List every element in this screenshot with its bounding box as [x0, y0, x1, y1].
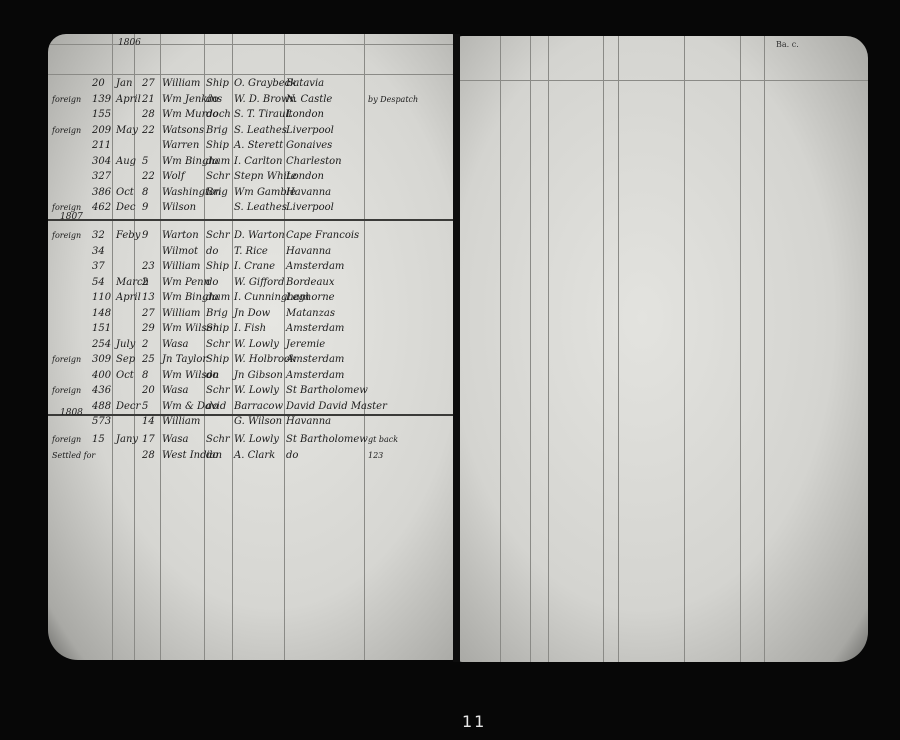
ledger-master: W. Gifford [234, 277, 284, 289]
rule [740, 36, 741, 662]
ledger-num: 139 [92, 94, 111, 106]
ledger-note: foreign [52, 354, 81, 366]
ledger-vessel: William [162, 261, 200, 273]
ledger-rig: Ship [206, 140, 229, 152]
ledger-rig: do [206, 109, 218, 121]
ledger-num: 304 [92, 156, 111, 168]
ledger-rig: Schr [206, 230, 230, 242]
ledger-destination: Charleston [286, 156, 342, 168]
ledger-destination: Amsterdam [286, 370, 344, 382]
ledger-num: 211 [92, 140, 111, 152]
ledger-num: 488 [92, 401, 111, 413]
ledger-month: April [116, 292, 141, 304]
ledger-remark: gt back [368, 434, 398, 446]
microfilm-frame: 180620Jan27WilliamShipO. GraybeckBatavia… [0, 0, 900, 740]
ledger-master: A. Sterett [234, 140, 283, 152]
left-ledger-page: 180620Jan27WilliamShipO. GraybeckBatavia… [48, 34, 456, 660]
ledger-num: 209 [92, 125, 111, 137]
ledger-num: 400 [92, 370, 111, 382]
year-heading: 1806 [118, 38, 141, 48]
ledger-vessel: Warton [162, 230, 199, 242]
ledger-rig: Ship [206, 354, 229, 366]
ledger-day: 28 [142, 450, 155, 462]
ledger-remark: by Despatch [368, 94, 418, 106]
rule [48, 74, 456, 75]
ledger-vessel: Wilson [162, 202, 196, 214]
ledger-destination: St Bartholomew [286, 434, 368, 446]
ledger-rig: do [206, 401, 218, 413]
ledger-rig: do [206, 246, 218, 258]
ledger-master: Jn Gibson [234, 370, 283, 382]
ledger-master: G. Wilson [234, 416, 282, 428]
page-number: 11 [462, 712, 486, 731]
ledger-num: 386 [92, 187, 111, 199]
ledger-day: 13 [142, 292, 155, 304]
ledger-num: 309 [92, 354, 111, 366]
ledger-day: 22 [142, 171, 155, 183]
ledger-num: 37 [92, 261, 105, 273]
ledger-day: 27 [142, 78, 155, 90]
ledger-vessel: Wolf [162, 171, 185, 183]
ledger-remark: 123 [368, 450, 383, 462]
ledger-rig: Brig [206, 308, 228, 320]
ledger-master: T. Rice [234, 246, 268, 258]
rule [548, 36, 549, 662]
book-gutter [453, 34, 460, 662]
ledger-num: 20 [92, 78, 105, 90]
ledger-note: foreign [52, 434, 81, 446]
ledger-rig: do [206, 450, 218, 462]
ledger-master: S. T. Tirault [234, 109, 293, 121]
ledger-note: foreign [52, 230, 81, 242]
ledger-day: 9 [142, 202, 148, 214]
ledger-day: 8 [142, 370, 148, 382]
ledger-month: Oct [116, 370, 134, 382]
ledger-master: W. Lowly [234, 434, 279, 446]
ledger-destination: Cape Francois [286, 230, 359, 242]
ledger-day: 9 [142, 230, 148, 242]
ledger-num: 436 [92, 385, 111, 397]
ledger-destination: Liverpool [286, 125, 334, 137]
ledger-rig: Schr [206, 171, 230, 183]
ledger-master: Barracow [234, 401, 283, 413]
ledger-destination: N. Castle [286, 94, 332, 106]
ledger-day: 22 [142, 125, 155, 137]
ledger-destination: Leghorne [286, 292, 335, 304]
ledger-destination: Jeremie [286, 339, 325, 351]
ledger-vessel: William [162, 416, 200, 428]
ledger-month: Decr [116, 401, 140, 413]
ledger-vessel: Wm Murdoch [162, 109, 231, 121]
ledger-day: 29 [142, 323, 155, 335]
ledger-day: 27 [142, 308, 155, 320]
ledger-rig: Schr [206, 434, 230, 446]
ledger-day: 14 [142, 416, 155, 428]
ledger-day: 21 [142, 94, 155, 106]
ledger-day: 23 [142, 261, 155, 273]
ledger-destination: Liverpool [286, 202, 334, 214]
ledger-destination: Gonaives [286, 140, 332, 152]
section-divider [48, 219, 456, 221]
ledger-note: Settled for [52, 450, 95, 462]
ledger-vessel: Wm Penn [162, 277, 210, 289]
ledger-vessel: Watsons [162, 125, 204, 137]
rule [530, 36, 531, 662]
ledger-month: Dec [116, 202, 136, 214]
ledger-num: 15 [92, 434, 105, 446]
ledger-destination: Amsterdam [286, 323, 344, 335]
ledger-destination: St Bartholomew [286, 385, 368, 397]
ledger-vessel: Warren [162, 140, 199, 152]
rule [684, 36, 685, 662]
rule [764, 36, 765, 662]
corner-mark: Ba. c. [776, 40, 799, 49]
ledger-destination: London [286, 109, 324, 121]
ledger-num: 34 [92, 246, 105, 258]
ledger-vessel: Wilmot [162, 246, 198, 258]
ledger-month: July [116, 339, 135, 351]
ledger-master: W. Lowly [234, 385, 279, 397]
ledger-note: foreign [52, 94, 81, 106]
ledger-rig: Ship [206, 261, 229, 273]
rule [160, 34, 161, 660]
ledger-rig: do [206, 156, 218, 168]
ledger-vessel: Wm Bingham [162, 156, 230, 168]
ledger-vessel: William [162, 308, 200, 320]
ledger-vessel: Wasa [162, 434, 188, 446]
ledger-num: 148 [92, 308, 111, 320]
ledger-note: foreign [52, 125, 81, 137]
ledger-vessel: Wasa [162, 385, 188, 397]
ledger-rig: Brig [206, 125, 228, 137]
ledger-note: foreign [52, 385, 81, 397]
ledger-destination: Batavia [286, 78, 324, 90]
ledger-vessel: Wasa [162, 339, 188, 351]
ledger-destination: Havanna [286, 416, 331, 428]
ledger-master: S. Leathes [234, 202, 287, 214]
ledger-master: Jn Dow [234, 308, 270, 320]
ledger-day: 17 [142, 434, 155, 446]
ledger-day: 20 [142, 385, 155, 397]
rule [458, 80, 868, 81]
ledger-master: I. Carlton [234, 156, 282, 168]
ledger-day: 5 [142, 156, 148, 168]
ledger-destination: David David Master [286, 401, 387, 413]
ledger-month: April [116, 94, 141, 106]
ledger-month: Jan [116, 78, 132, 90]
ledger-num: 54 [92, 277, 105, 289]
rule [500, 36, 501, 662]
ledger-num: 573 [92, 416, 111, 428]
ledger-num: 151 [92, 323, 111, 335]
rule [603, 36, 604, 662]
ledger-destination: Havanna [286, 187, 331, 199]
rule [204, 34, 205, 660]
ledger-vessel: Wm Bingham [162, 292, 230, 304]
ledger-month: Oct [116, 187, 134, 199]
ledger-num: 327 [92, 171, 111, 183]
ledger-num: 32 [92, 230, 105, 242]
ledger-master: I. Crane [234, 261, 275, 273]
ledger-month: Sep [116, 354, 135, 366]
ledger-rig: do [206, 277, 218, 289]
year-heading: 1808 [60, 408, 83, 418]
ledger-day: 5 [142, 401, 148, 413]
ledger-destination: Matanzas [286, 308, 335, 320]
ledger-num: 462 [92, 202, 111, 214]
ledger-master: S. Leathes [234, 125, 287, 137]
ledger-num: 155 [92, 109, 111, 121]
ledger-destination: Amsterdam [286, 354, 344, 366]
ledger-master: A. Clark [234, 450, 275, 462]
right-ledger-page: Ba. c. [458, 36, 868, 662]
ledger-rig: do [206, 94, 218, 106]
ledger-day: 25 [142, 354, 155, 366]
ledger-vessel: Jn Taylor [162, 354, 207, 366]
ledger-master: W. Lowly [234, 339, 279, 351]
ledger-month: Aug [116, 156, 136, 168]
ledger-rig: do [206, 370, 218, 382]
ledger-day: 2 [142, 339, 148, 351]
ledger-month: Feby [116, 230, 140, 242]
ledger-rig: Schr [206, 339, 230, 351]
ledger-vessel: William [162, 78, 200, 90]
ledger-master: I. Fish [234, 323, 266, 335]
ledger-destination: Bordeaux [286, 277, 335, 289]
rule [232, 34, 233, 660]
ledger-destination: Havanna [286, 246, 331, 258]
ledger-day: 2 [142, 277, 148, 289]
ledger-num: 110 [92, 292, 111, 304]
ledger-day: 8 [142, 187, 148, 199]
ledger-rig: Ship [206, 323, 229, 335]
rule [364, 34, 365, 660]
rule [112, 34, 113, 660]
ledger-rig: Ship [206, 78, 229, 90]
ledger-rig: Schr [206, 385, 230, 397]
year-heading: 1807 [60, 212, 83, 222]
ledger-rig: do [206, 292, 218, 304]
ledger-destination: London [286, 171, 324, 183]
ledger-month: May [116, 125, 138, 137]
ledger-destination: do [286, 450, 298, 462]
ledger-month: Jany [116, 434, 138, 446]
ledger-num: 254 [92, 339, 111, 351]
ledger-master: D. Warton [234, 230, 285, 242]
ledger-destination: Amsterdam [286, 261, 344, 273]
ledger-day: 28 [142, 109, 155, 121]
rule [48, 44, 456, 45]
rule [618, 36, 619, 662]
ledger-rig: Brig [206, 187, 228, 199]
